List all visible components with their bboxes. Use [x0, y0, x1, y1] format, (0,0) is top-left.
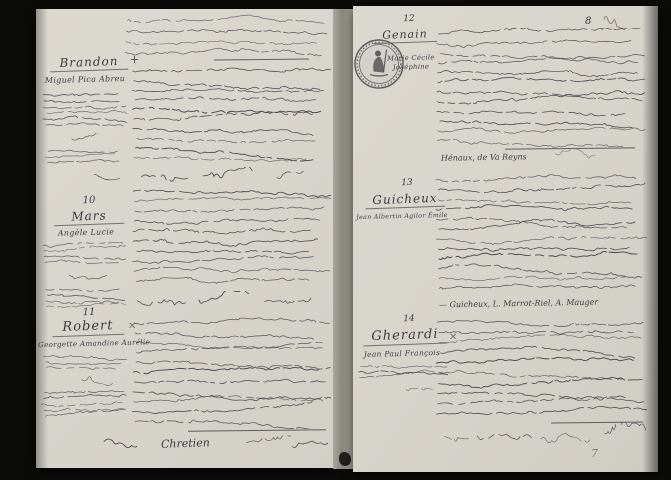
pencil-flourish: [553, 146, 603, 162]
divider-line: [214, 59, 309, 61]
pencil-flourish: [599, 8, 633, 30]
signature-flourish: [241, 435, 291, 451]
signature-flourish: [64, 269, 112, 283]
act-10-margin-subname: Angèle Lucie: [44, 227, 128, 238]
handwriting-act-body: [435, 316, 647, 422]
act-13-number: 13: [387, 177, 427, 188]
signature-flourish: [538, 430, 593, 448]
act-13-closing-signatures: — Guicheux, L. Marrot-Riel, A. Mauger: [439, 298, 598, 310]
signature-flourish: [91, 169, 121, 181]
signature-flourish: [199, 167, 259, 185]
signature-flourish: [288, 439, 328, 455]
left-page: Brandon + Miguel Pica Abreu 10 Mars Angè…: [36, 9, 335, 468]
act-12-closing-signatures: Hénaux, de Va Reyns: [441, 152, 527, 162]
signature-flourish: [102, 435, 137, 449]
gutter-shadow-blob: [339, 452, 351, 466]
handwriting-act-body: [131, 65, 331, 165]
signature-flourish: [136, 293, 186, 309]
handwriting-margin-note: [44, 148, 124, 168]
handwriting-act-body: [131, 317, 331, 429]
signature-flourish: [194, 291, 249, 309]
signature-flourish: [274, 171, 319, 185]
act-10-number: 10: [66, 194, 112, 207]
act-11-number: 11: [66, 306, 112, 319]
signature-flourish: [136, 169, 191, 185]
signature-flourish: [261, 295, 316, 309]
pencil-flourish: [439, 430, 469, 444]
bottom-pencil-number: 7: [591, 447, 598, 460]
signature-flourish: [603, 422, 647, 444]
handwriting-act-body: [435, 28, 645, 148]
handwriting-act-body: [131, 185, 331, 289]
act-11-margin-subname: Georgette Amandine Aurélie: [38, 338, 132, 349]
signature-flourish: [76, 374, 116, 386]
handwriting-margin-note-deces: [40, 389, 128, 422]
signature-chretien: Chretien: [161, 436, 210, 451]
act-11-margin-name: Robert: [52, 318, 125, 338]
divider-line: [188, 429, 326, 431]
act-brandon-margin-name: Brandon: [50, 54, 129, 73]
handwriting-act-body: [435, 174, 647, 296]
signature-flourish: [66, 133, 111, 146]
right-page: 12 Genain Marie Cécile Joséphine 8 Hénau…: [353, 6, 658, 472]
book-gutter: [333, 9, 355, 469]
signature-flourish: [473, 426, 533, 446]
page-number: 8: [585, 16, 591, 27]
handwriting-margin-note: [41, 353, 127, 373]
handwriting-margin-note: [42, 242, 126, 268]
register-scan: Brandon + Miguel Pica Abreu 10 Mars Angè…: [0, 0, 671, 480]
act-brandon-margin-subname: Miguel Pica Abreu: [38, 74, 132, 85]
act-14-number: 14: [389, 313, 429, 324]
signature-flourish: [403, 384, 433, 396]
act-12-margin-subname: Marie Cécile Joséphine: [387, 53, 435, 72]
act-13-margin-name: Guicheux: [365, 191, 446, 210]
act-10-margin-name: Mars: [54, 208, 125, 226]
handwriting-margin-note: [41, 91, 127, 131]
handwriting-top-mention: [124, 14, 329, 60]
act-12-number: 12: [389, 13, 429, 24]
